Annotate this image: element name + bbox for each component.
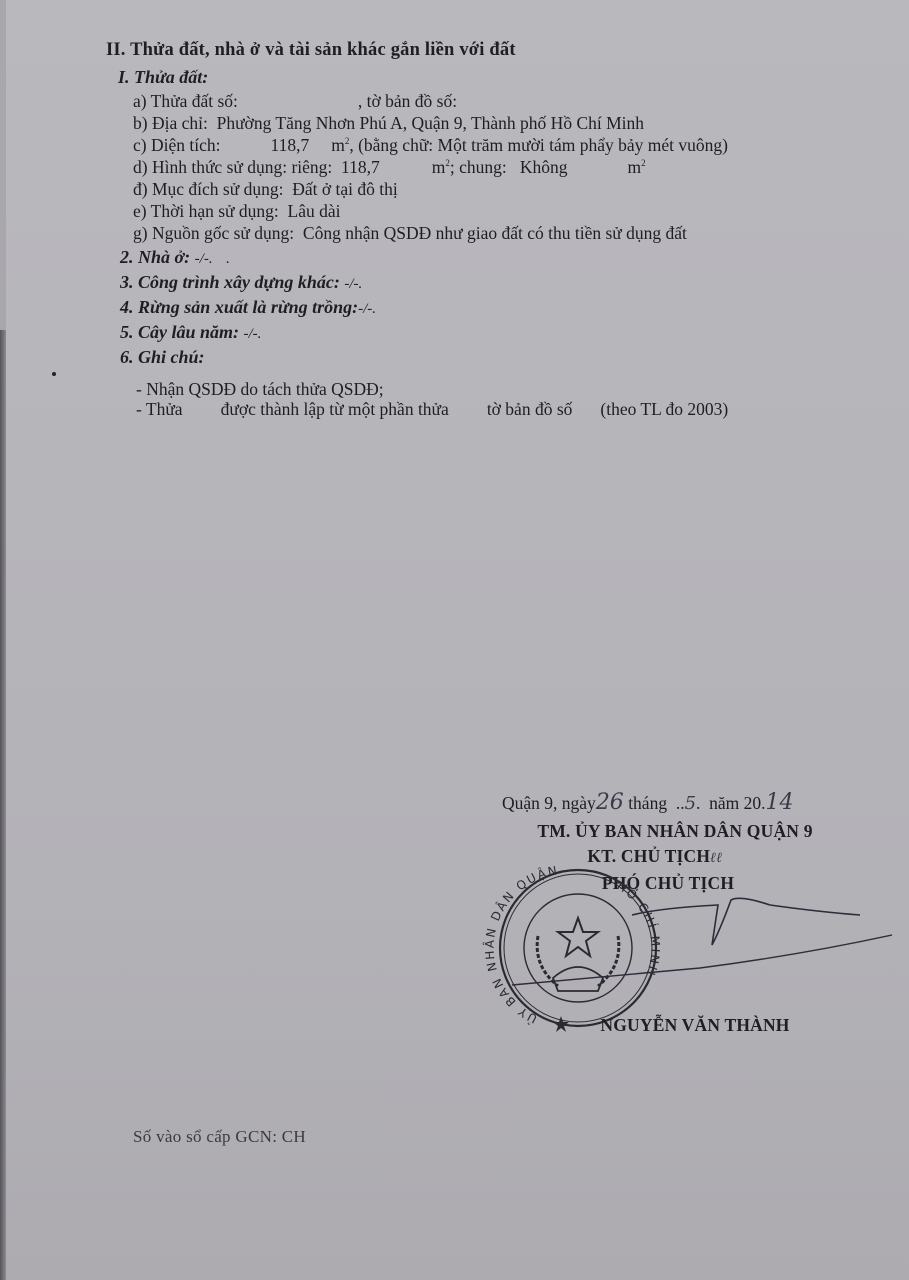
- handwritten-signature-icon: [0, 0, 909, 1280]
- registry-number-label: Số vào sổ cấp GCN: CH: [133, 1127, 306, 1147]
- signer-name: NGUYỄN VĂN THÀNH: [495, 1015, 895, 1036]
